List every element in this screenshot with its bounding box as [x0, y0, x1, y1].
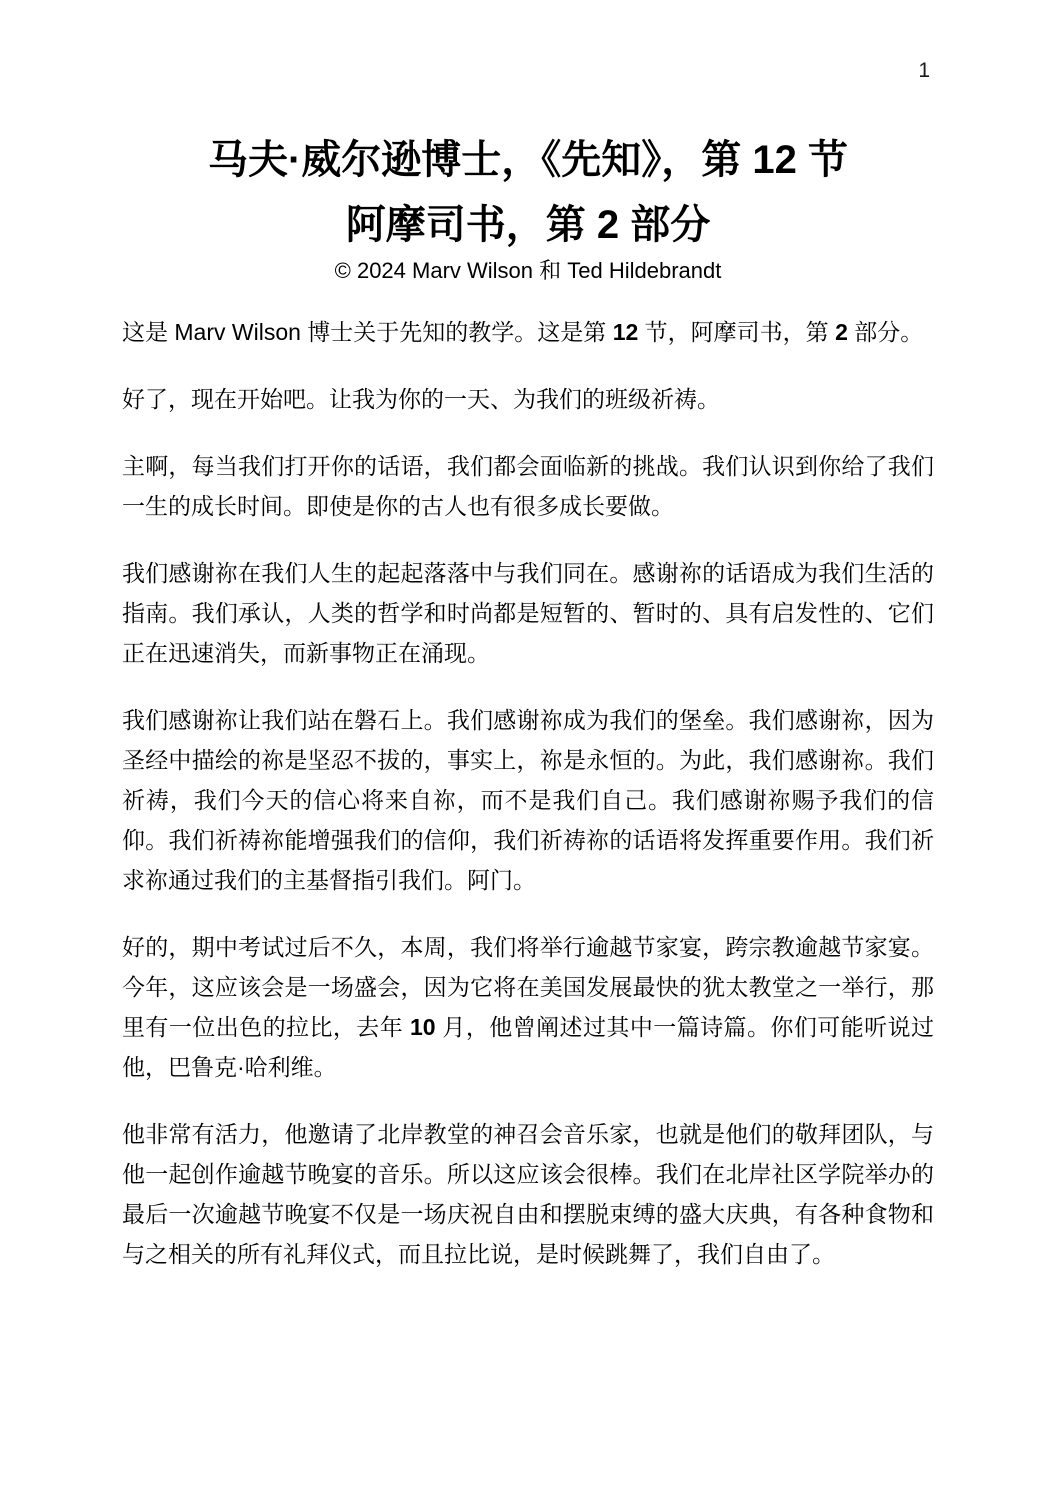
- bold-number: 10: [410, 1014, 436, 1040]
- paragraph: 我们感谢祢在我们人生的起起落落中与我们同在。感谢祢的话语成为我们生活的指南。我们…: [122, 553, 934, 673]
- text-run: 部分。: [848, 319, 923, 345]
- bold-number: 2: [835, 319, 848, 345]
- paragraph: 主啊，每当我们打开你的话语，我们都会面临新的挑战。我们认识到你给了我们一生的成长…: [122, 446, 934, 526]
- text-run: 主啊，每当我们打开你的话语，我们都会面临新的挑战。我们认识到你给了我们一生的成长…: [122, 453, 934, 519]
- text-run: 好了，现在开始吧。让我为你的一天、为我们的班级祈祷。: [122, 386, 720, 412]
- title-line-2: 阿摩司书，第 2 部分: [122, 193, 934, 258]
- text-run: 这是 Marv Wilson 博士关于先知的教学。这是第: [122, 319, 613, 345]
- paragraph: 好的，期中考试过后不久，本周，我们将举行逾越节家宴，跨宗教逾越节家宴。今年，这应…: [122, 927, 934, 1087]
- text-run: 我们感谢祢让我们站在磐石上。我们感谢祢成为我们的堡垒。我们感谢祢，因为圣经中描绘…: [122, 707, 934, 893]
- paragraph: 这是 Marv Wilson 博士关于先知的教学。这是第 12 节，阿摩司书，第…: [122, 312, 934, 352]
- title-line-1: 马夫·威尔逊博士，《先知》，第 12 节: [122, 128, 934, 193]
- document-body: 这是 Marv Wilson 博士关于先知的教学。这是第 12 节，阿摩司书，第…: [122, 312, 934, 1274]
- text-run: 我们感谢祢在我们人生的起起落落中与我们同在。感谢祢的话语成为我们生活的指南。我们…: [122, 560, 934, 666]
- text-run: 节，阿摩司书，第: [638, 319, 835, 345]
- document-title: 马夫·威尔逊博士，《先知》，第 12 节 阿摩司书，第 2 部分: [122, 128, 934, 258]
- paragraph: 好了，现在开始吧。让我为你的一天、为我们的班级祈祷。: [122, 379, 934, 419]
- copyright-byline: © 2024 Marv Wilson 和 Ted Hildebrandt: [122, 258, 934, 284]
- text-run: 他非常有活力，他邀请了北岸教堂的神召会音乐家，也就是他们的敬拜团队，与他一起创作…: [122, 1121, 934, 1267]
- paragraph: 他非常有活力，他邀请了北岸教堂的神召会音乐家，也就是他们的敬拜团队，与他一起创作…: [122, 1114, 934, 1274]
- page-content: 马夫·威尔逊博士，《先知》，第 12 节 阿摩司书，第 2 部分 © 2024 …: [122, 0, 934, 1301]
- document-page: 1 马夫·威尔逊博士，《先知》，第 12 节 阿摩司书，第 2 部分 © 202…: [0, 0, 1058, 1497]
- paragraph: 我们感谢祢让我们站在磐石上。我们感谢祢成为我们的堡垒。我们感谢祢，因为圣经中描绘…: [122, 700, 934, 900]
- bold-number: 12: [613, 319, 639, 345]
